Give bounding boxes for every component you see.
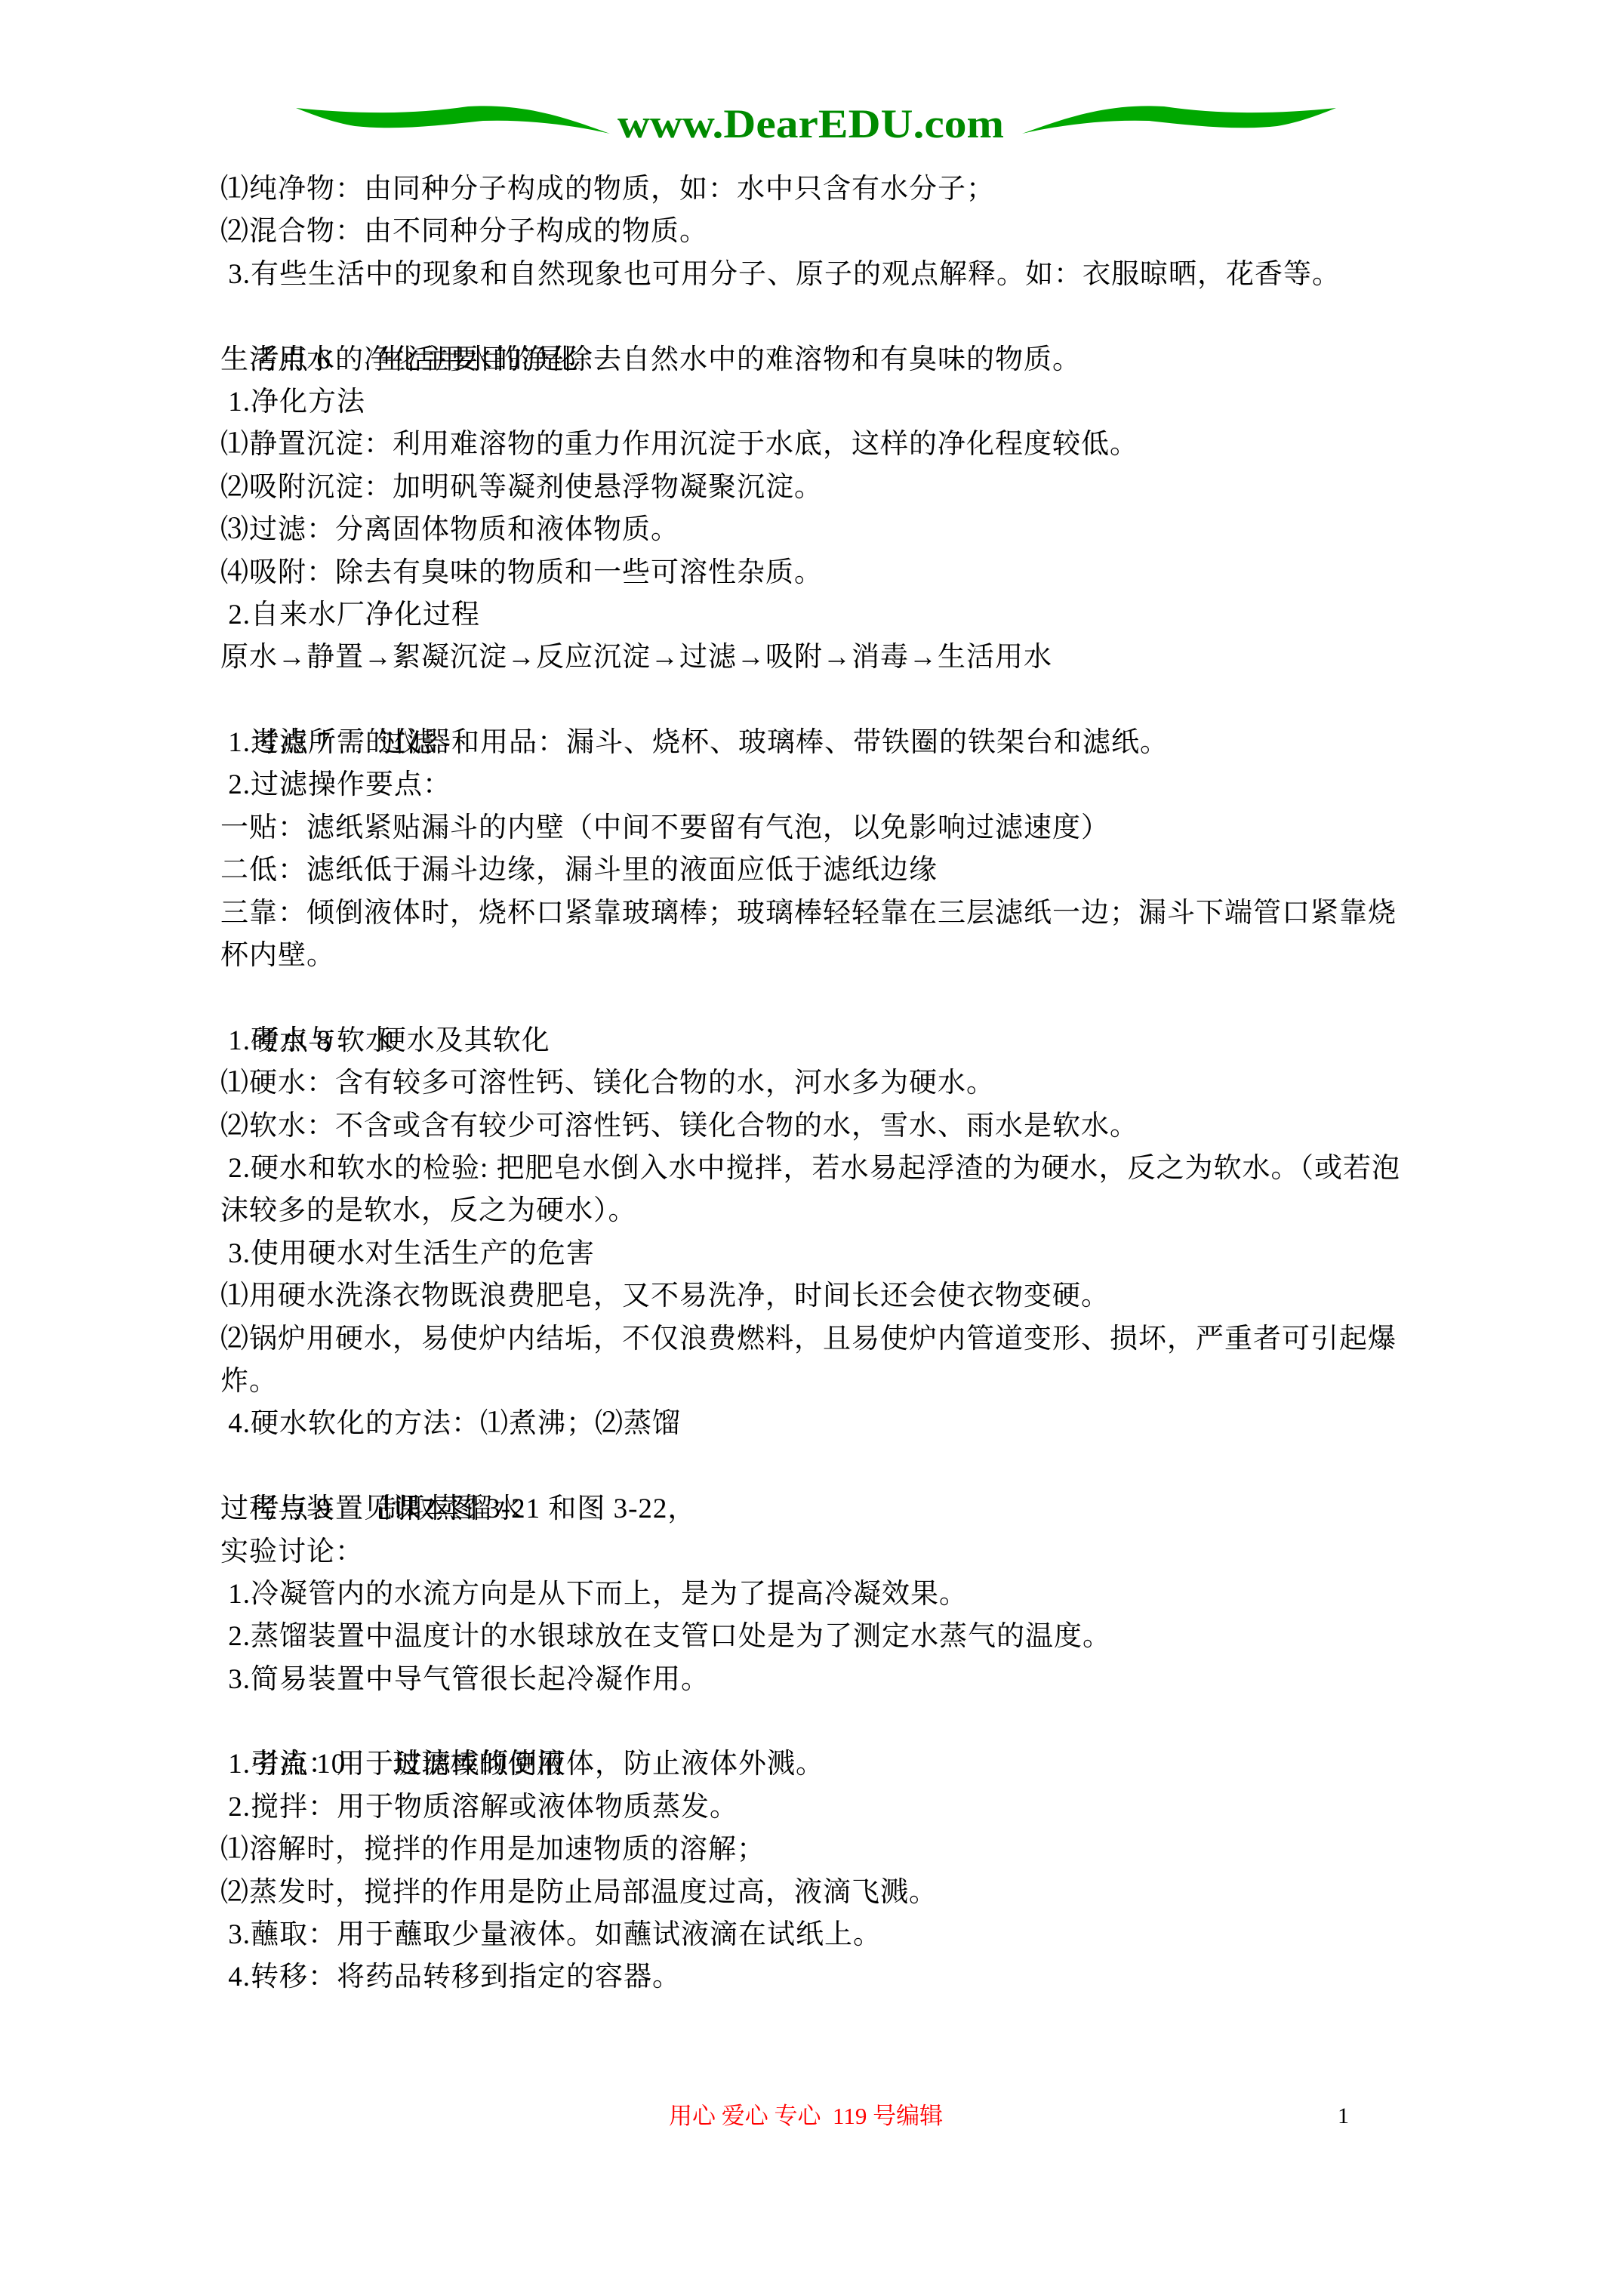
body-line: ⑵软水：不含或含有较少可溶性钙、镁化合物的水，雪水、雨水是软水。 (220, 1105, 1428, 1148)
body-line: 2.自来水厂净化过程 (220, 594, 1428, 636)
intro-line: ⑵混合物：由不同种分子构成的物质。 (220, 211, 1428, 253)
body-line: 2.硬水和软水的检验: 把肥皂水倒入水中搅拌，若水易起浮渣的为硬水，反之为软水。… (220, 1148, 1428, 1190)
body-line: 三靠：倾倒液体时，烧杯口紧靠玻璃棒；玻璃棒轻轻靠在三层滤纸一边；漏斗下端管口紧靠… (220, 892, 1428, 935)
body-line: 4.硬水软化的方法：⑴煮沸；⑵蒸馏 (220, 1403, 1428, 1445)
section-heading: 考点 6生活用水的净化 (220, 296, 1428, 338)
body-line: 1.过滤所需的仪器和用品：漏斗、烧杯、玻璃棒、带铁圈的铁架台和滤纸。 (220, 722, 1428, 764)
body-line: 沫较多的是软水，反之为硬水）。 (220, 1190, 1428, 1232)
body-line: 实验讨论： (220, 1531, 1428, 1573)
body-line: ⑴用硬水洗涤衣物既浪费肥皂，又不易洗净，时间长还会使衣物变硬。 (220, 1275, 1428, 1318)
body-line: 一贴：滤纸紧贴漏斗的内壁（中间不要留有气泡，以免影响过滤速度） (220, 807, 1428, 849)
body-line: 4.转移：将药品转移到指定的容器。 (220, 1956, 1428, 1999)
body-line: 2.搅拌：用于物质溶解或液体物质蒸发。 (220, 1786, 1428, 1829)
body-line: 2.蒸馏装置中温度计的水银球放在支管口处是为了测定水蒸气的温度。 (220, 1616, 1428, 1658)
section-title: 硬水及其软化 (378, 1025, 550, 1056)
body-line: 1.冷凝管内的水流方向是从下而上，是为了提高冷凝效果。 (220, 1573, 1428, 1616)
section-heading: 考点 8硬水及其软化 (220, 977, 1428, 1019)
site-logo-text: www.DearEDU.com (617, 101, 1004, 146)
body-line: 1.净化方法 (220, 381, 1428, 424)
body-line: 杯内壁。 (220, 935, 1428, 977)
body-line: 3.简易装置中导气管很长起冷凝作用。 (220, 1659, 1428, 1701)
body-line: 生活用水的净化主要目的是除去自然水中的难溶物和有臭味的物质。 (220, 339, 1428, 381)
body-line: ⑴硬水：含有较多可溶性钙、镁化合物的水，河水多为硬水。 (220, 1062, 1428, 1105)
page-number: 1 (1338, 2103, 1349, 2129)
left-swoosh-icon (296, 106, 610, 134)
intro-line: 3.有些生活中的现象和自然现象也可用分子、原子的观点解释。如：衣服晾晒，花香等。 (220, 254, 1428, 296)
body-line: ⑴溶解时，搅拌的作用是加速物质的溶解； (220, 1829, 1428, 1871)
right-swoosh-icon (1022, 106, 1336, 134)
section-heading: 考点 10玻璃棒的使用 (220, 1701, 1428, 1743)
section-heading: 考点 7过滤 (220, 680, 1428, 722)
body-line: ⑶过滤：分离固体物质和液体物质。 (220, 509, 1428, 551)
body-line: 2.过滤操作要点： (220, 764, 1428, 806)
process-flow-line: 原水→静置→絮凝沉淀→反应沉淀→过滤→吸附→消毒→生活用水 (220, 636, 1428, 679)
body-line: 过程与装置见课本图 3-21 和图 3-22， (220, 1488, 1428, 1530)
header-banner: www.DearEDU.com (0, 0, 1623, 166)
body-line: ⑴静置沉淀：利用难溶物的重力作用沉淀于水底，这样的净化程度较低。 (220, 424, 1428, 466)
section-heading: 考点 9制取蒸馏水 (220, 1446, 1428, 1488)
body-line: 炸。 (220, 1361, 1428, 1403)
body-line: ⑷吸附：除去有臭味的物质和一些可溶性杂质。 (220, 552, 1428, 594)
body-line: ⑵蒸发时，搅拌的作用是防止局部温度过高，液滴飞溅。 (220, 1872, 1428, 1914)
body-line: ⑵吸附沉淀：加明矾等凝剂使悬浮物凝聚沉淀。 (220, 467, 1428, 509)
body-line: ⑵锅炉用硬水，易使炉内结垢，不仅浪费燃料，且易使炉内管道变形、损坏，严重者可引起… (220, 1318, 1428, 1361)
body-line: 3.蘸取：用于蘸取少量液体。如蘸试液滴在试纸上。 (220, 1914, 1428, 1956)
intro-line: ⑴纯净物：由同种分子构成的物质，如：水中只含有水分子； (220, 168, 1428, 211)
body-line: 3.使用硬水对生活生产的危害 (220, 1233, 1428, 1275)
footer-slogan: 用心 爱心 专心 119 号编辑 (669, 2102, 943, 2131)
document-body: ⑴纯净物：由同种分子构成的物质，如：水中只含有水分子； ⑵混合物：由不同种分子构… (220, 168, 1428, 1999)
body-line: 1.引流：用于过滤或倾倒液体，防止液体外溅。 (220, 1743, 1428, 1786)
body-line: 二低：滤纸低于漏斗边缘，漏斗里的液面应低于滤纸边缘 (220, 849, 1428, 892)
